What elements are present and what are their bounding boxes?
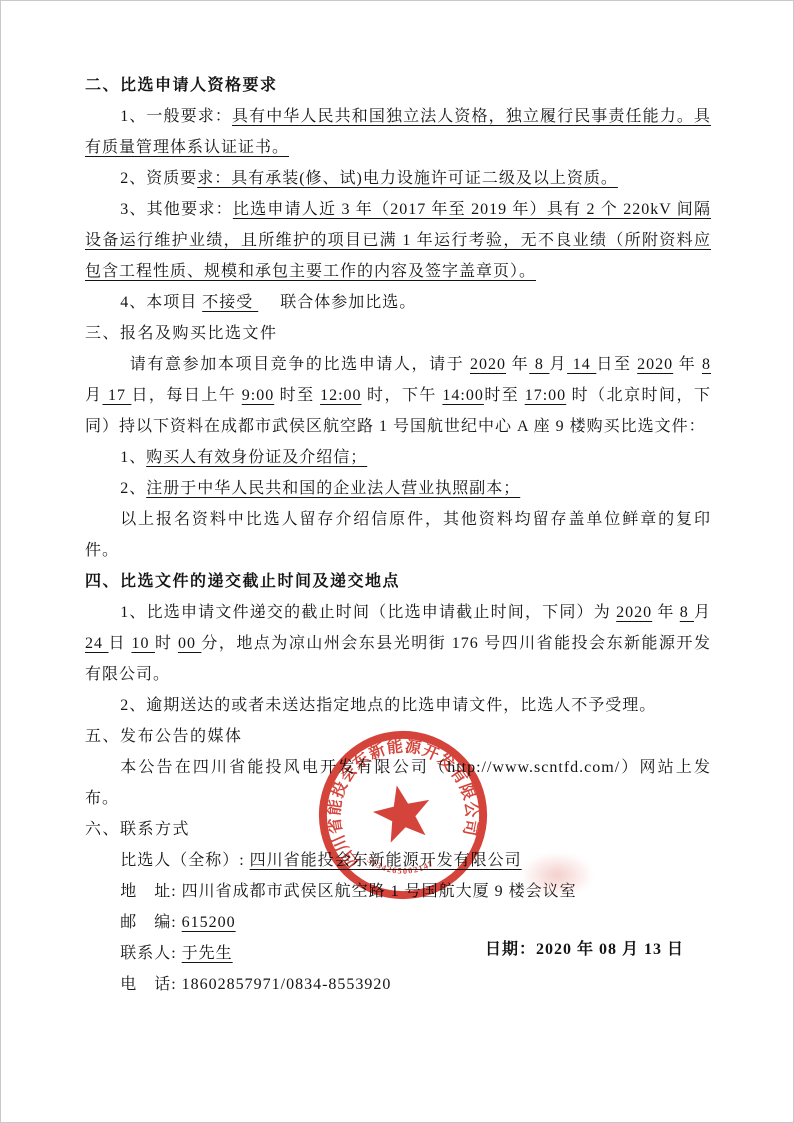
- paragraph: 邮 编: 615200: [85, 907, 711, 938]
- paragraph: 比选人（全称）: 四川省能投会东新能源开发有限公司: [85, 845, 711, 876]
- text-run: 月: [549, 356, 567, 373]
- text-run: 本公告在四川省能投风电开发有限公司（http://www.scntfd.com/…: [85, 759, 711, 807]
- text-run: 联系人:: [120, 945, 181, 962]
- underlined-text: 8: [702, 356, 711, 373]
- text-run: 请有意参加本项目竞争的比选申请人，请于: [130, 356, 470, 373]
- text-run: 时: [155, 635, 178, 652]
- underlined-text: 00: [178, 635, 201, 652]
- text-run: 电 话: 18602857971/0834-8553920: [120, 976, 391, 993]
- underlined-text: 9:00: [242, 387, 274, 404]
- text-run: 联合体参加比选。: [258, 294, 416, 311]
- text-run: 1、一般要求：: [120, 108, 232, 125]
- underlined-text: 注册于中华人民共和国的企业法人营业执照副本；: [146, 480, 520, 497]
- text-run: 年: [652, 604, 680, 621]
- text-run: 日: [108, 635, 131, 652]
- underlined-text: 615200: [182, 914, 236, 931]
- paragraph: 4、本项目 不接受 联合体参加比选。: [85, 287, 711, 318]
- paragraph: 1、比选申请文件递交的截止时间（比选申请截止时间，下同）为 2020 年 8 月…: [85, 597, 711, 690]
- text-run: 1、比选申请文件递交的截止时间（比选申请截止时间，下同）为: [120, 604, 616, 621]
- underlined-text: 购买人有效身份证及介绍信；: [146, 449, 367, 466]
- paragraph: 2、注册于中华人民共和国的企业法人营业执照副本；: [85, 473, 711, 504]
- text-run: 月: [85, 387, 102, 404]
- text-run: 年: [506, 356, 529, 373]
- text-run: 月: [694, 604, 711, 621]
- section-heading: 四、比选文件的递交截止时间及递交地点: [85, 566, 711, 597]
- text-run: 时至: [274, 387, 320, 404]
- text-run: 1、: [120, 449, 146, 466]
- paragraph: 电 话: 18602857971/0834-8553920: [85, 969, 711, 1000]
- text-run: 邮 编:: [120, 914, 181, 931]
- paragraph: 2、资质要求：具有承装(修、试)电力设施许可证二级及以上资质。: [85, 163, 711, 194]
- paragraph: 以上报名资料中比选人留存介绍信原件，其他资料均留存盖单位鲜章的复印件。: [85, 504, 711, 566]
- underlined-text: 12:00: [320, 387, 361, 404]
- section-heading: 二、比选申请人资格要求: [85, 70, 711, 101]
- paragraph: 1、购买人有效身份证及介绍信；: [85, 442, 711, 473]
- paragraph: 3、其他要求：比选申请人近 3 年（2017 年至 2019 年）具有 2 个 …: [85, 194, 711, 287]
- text-run: 2、逾期送达的或者未送达指定地点的比选申请文件，比选人不予受理。: [120, 697, 656, 714]
- underlined-text: 8: [529, 356, 549, 373]
- underlined-text: 2020: [637, 356, 673, 373]
- text-run: 比选人（全称）:: [120, 852, 249, 869]
- text-run: 时至: [484, 387, 525, 404]
- underlined-text: 四川省能投会东新能源开发有限公司: [250, 852, 522, 869]
- text-run: 日，每日上午: [131, 387, 241, 404]
- underlined-text: 14:00: [442, 387, 483, 404]
- text-run: 时，下午: [362, 387, 443, 404]
- section-heading: 三、报名及购买比选文件: [85, 318, 711, 349]
- underlined-text: 17:00: [525, 387, 566, 404]
- underlined-text: 于先生: [182, 945, 233, 962]
- date-line: 日期：2020 年 08 月 13 日: [485, 936, 684, 959]
- text-run: 地 址: 四川省成都市武侯区航空路 1 号国航大厦 9 楼会议室: [120, 883, 576, 900]
- paragraph: 地 址: 四川省成都市武侯区航空路 1 号国航大厦 9 楼会议室: [85, 876, 711, 907]
- underlined-text: 求：具有承装(修、试)电力设施许可证二级及以上资质。: [197, 170, 618, 187]
- section-heading: 五、发布公告的媒体: [85, 721, 711, 752]
- text-run: 2、资质要: [120, 170, 197, 187]
- text-run: 3、其他要求：: [120, 201, 233, 218]
- text-run: 日至: [596, 356, 637, 373]
- underlined-text: 10: [131, 635, 154, 652]
- underlined-text: 14: [567, 356, 596, 373]
- section-heading: 六、联系方式: [85, 814, 711, 845]
- underlined-text: 不接受: [202, 294, 258, 311]
- text-run: 以上报名资料中比选人留存介绍信原件，其他资料均留存盖单位鲜章的复印件。: [85, 511, 711, 559]
- paragraph: 本公告在四川省能投风电开发有限公司（http://www.scntfd.com/…: [85, 752, 711, 814]
- underlined-text: 2020: [616, 604, 652, 621]
- underlined-text: 2020: [470, 356, 506, 373]
- paragraph: 2、逾期送达的或者未送达指定地点的比选申请文件，比选人不予受理。: [85, 690, 711, 721]
- text-run: 年: [673, 356, 702, 373]
- text-run: 2、: [120, 480, 146, 497]
- document-body: 二、比选申请人资格要求1、一般要求：具有中华人民共和国独立法人资格，独立履行民事…: [85, 70, 711, 1000]
- document-page: 二、比选申请人资格要求1、一般要求：具有中华人民共和国独立法人资格，独立履行民事…: [0, 0, 794, 1123]
- underlined-text: 24: [85, 635, 108, 652]
- underlined-text: 17: [102, 387, 131, 404]
- paragraph: 1、一般要求：具有中华人民共和国独立法人资格，独立履行民事责任能力。具有质量管理…: [85, 101, 711, 163]
- text-run: 4、本项目: [120, 294, 202, 311]
- underlined-text: 8: [680, 604, 694, 621]
- paragraph: 请有意参加本项目竞争的比选申请人，请于 2020 年 8 月 14 日至 202…: [85, 349, 711, 442]
